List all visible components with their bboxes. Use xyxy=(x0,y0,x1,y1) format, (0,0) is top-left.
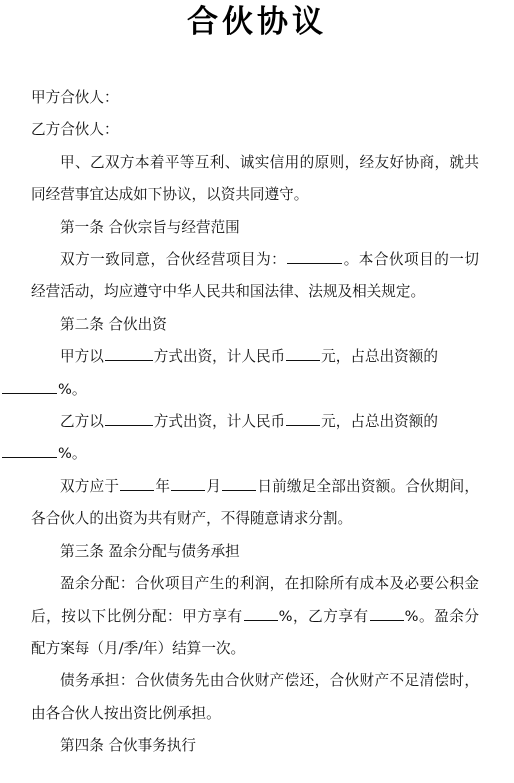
text-segment: 元，占总出资额的 xyxy=(321,348,438,365)
party-b-percent-blank[interactable] xyxy=(2,443,57,458)
party-b-line: 乙方合伙人： xyxy=(31,114,479,146)
day-blank[interactable] xyxy=(222,476,256,491)
party-a-line: 甲方合伙人： xyxy=(31,82,479,114)
party-a-percent-blank[interactable] xyxy=(2,379,57,394)
text-segment: 双方应于 xyxy=(60,478,119,495)
text-segment: 双方一致同意，合伙经营项目为： xyxy=(60,251,286,268)
text-segment: 元，占总出资额的 xyxy=(321,413,438,430)
article-4-heading: 第四条 合伙事务执行 xyxy=(31,730,479,762)
party-a-label: 甲方合伙人： xyxy=(31,89,119,106)
text-segment: 乙方以 xyxy=(60,413,104,430)
document-body: 甲方合伙人： 乙方合伙人： 甲、乙双方本着平等互利、诚实信用的原则，经友好协商，… xyxy=(31,82,479,763)
month-blank[interactable] xyxy=(171,476,205,491)
text-segment: %。 xyxy=(58,381,86,398)
text-segment: 年 xyxy=(155,478,170,495)
preamble: 甲、乙双方本着平等互利、诚实信用的原则，经友好协商，就共同经营事宜达成如下协议，… xyxy=(31,147,479,212)
party-b-profit-percent-blank[interactable] xyxy=(370,606,404,621)
party-a-amount-blank[interactable] xyxy=(286,346,320,361)
article-1-heading: 第一条 合伙宗旨与经营范围 xyxy=(31,212,479,244)
text-segment: 月 xyxy=(206,478,221,495)
text-segment: %，乙方享有 xyxy=(279,608,369,625)
text-segment: 甲方以 xyxy=(60,348,104,365)
party-a-contribution: 甲方以方式出资，计人民币元，占总出资额的%。 xyxy=(31,341,479,406)
article-1-paragraph: 双方一致同意，合伙经营项目为：。本合伙项目的一切经营活动，均应遵守中华人民共和国… xyxy=(31,244,479,309)
text-segment: 方式出资，计人民币 xyxy=(154,348,285,365)
article-2-heading: 第二条 合伙出资 xyxy=(31,309,479,341)
party-b-contribution: 乙方以方式出资，计人民币元，占总出资额的%。 xyxy=(31,406,479,471)
party-a-profit-percent-blank[interactable] xyxy=(244,606,278,621)
year-blank[interactable] xyxy=(120,476,154,491)
document-title: 合伙协议 xyxy=(0,2,514,42)
article-3-heading: 第三条 盈余分配与债务承担 xyxy=(31,536,479,568)
party-b-method-blank[interactable] xyxy=(105,411,153,426)
profit-distribution: 盈余分配：合伙项目产生的利润，在扣除所有成本及必要公积金后，按以下比例分配：甲方… xyxy=(31,568,479,665)
debt-liability: 债务承担：合伙债务先由合伙财产偿还，合伙财产不足清偿时，由各合伙人按出资比例承担… xyxy=(31,665,479,730)
party-a-method-blank[interactable] xyxy=(105,346,153,361)
text-segment: %。 xyxy=(58,445,86,462)
payment-deadline: 双方应于年月日前缴足全部出资额。合伙期间，各合伙人的出资为共有财产，不得随意请求… xyxy=(31,471,479,536)
party-b-amount-blank[interactable] xyxy=(286,411,320,426)
text-segment: 方式出资，计人民币 xyxy=(154,413,285,430)
party-b-label: 乙方合伙人： xyxy=(31,121,119,138)
business-project-blank[interactable] xyxy=(287,249,342,264)
